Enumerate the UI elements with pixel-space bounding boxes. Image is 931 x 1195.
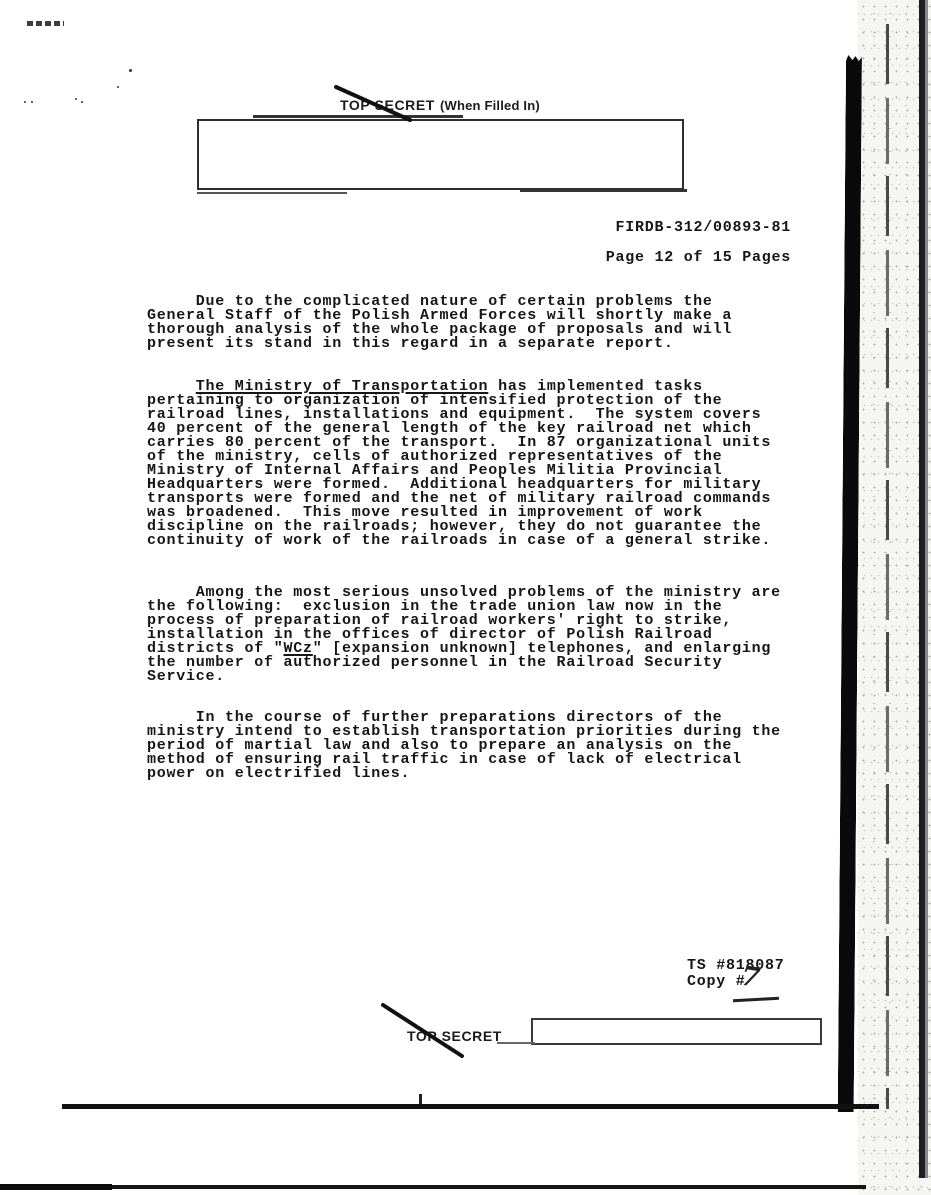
scan-line-artifact bbox=[253, 115, 463, 118]
handwritten-copy-number: 7 bbox=[739, 961, 762, 995]
scan-line-artifact bbox=[497, 1042, 535, 1044]
page-bottom-rule bbox=[0, 1185, 866, 1189]
speck-artifact bbox=[117, 86, 119, 88]
page-bottom-rule-thick bbox=[0, 1184, 112, 1190]
copy-number-underline bbox=[733, 997, 779, 1002]
paragraph: In the course of further preparations di… bbox=[147, 711, 781, 781]
copy-label: Copy # bbox=[687, 973, 746, 990]
speck-artifact bbox=[81, 101, 83, 103]
document-number: FIRDB-312/00893-81 bbox=[615, 219, 791, 236]
footer-form-box bbox=[531, 1018, 822, 1045]
document-page: TOP SECRET(When Filled In) FIRDB-312/008… bbox=[0, 0, 931, 1195]
header-form-box bbox=[197, 119, 684, 190]
classification-qualifier: (When Filled In) bbox=[440, 98, 540, 113]
paragraph: The Ministry of Transportation has imple… bbox=[147, 380, 781, 548]
speck-artifact bbox=[129, 69, 132, 72]
speck-artifact bbox=[31, 101, 33, 103]
top-classification-stamp: TOP SECRET(When Filled In) bbox=[340, 97, 540, 113]
ts-control-number: TS #818087 bbox=[687, 957, 785, 974]
classification-text: TOP SECRET bbox=[407, 1028, 502, 1044]
document-body: Due to the complicated nature of certain… bbox=[147, 295, 781, 781]
paragraph: Among the most serious unsolved problems… bbox=[147, 586, 781, 684]
footer-rule bbox=[62, 1104, 879, 1109]
scan-line-artifact bbox=[197, 192, 347, 194]
corner-smudge-artifact bbox=[27, 21, 64, 26]
copy-number-line: Copy # bbox=[687, 973, 746, 990]
paragraph: Due to the complicated nature of certain… bbox=[147, 295, 781, 351]
speck-artifact bbox=[75, 98, 77, 100]
page-count: Page 12 of 15 Pages bbox=[606, 249, 791, 266]
scan-line-artifact bbox=[520, 189, 687, 192]
scan-edge-line bbox=[886, 24, 889, 1109]
classification-text: TOP SECRET bbox=[340, 97, 435, 113]
bottom-classification-stamp: TOP SECRET bbox=[407, 1028, 502, 1044]
speck-artifact bbox=[24, 101, 26, 103]
page-right-edge-line bbox=[919, 0, 928, 1178]
